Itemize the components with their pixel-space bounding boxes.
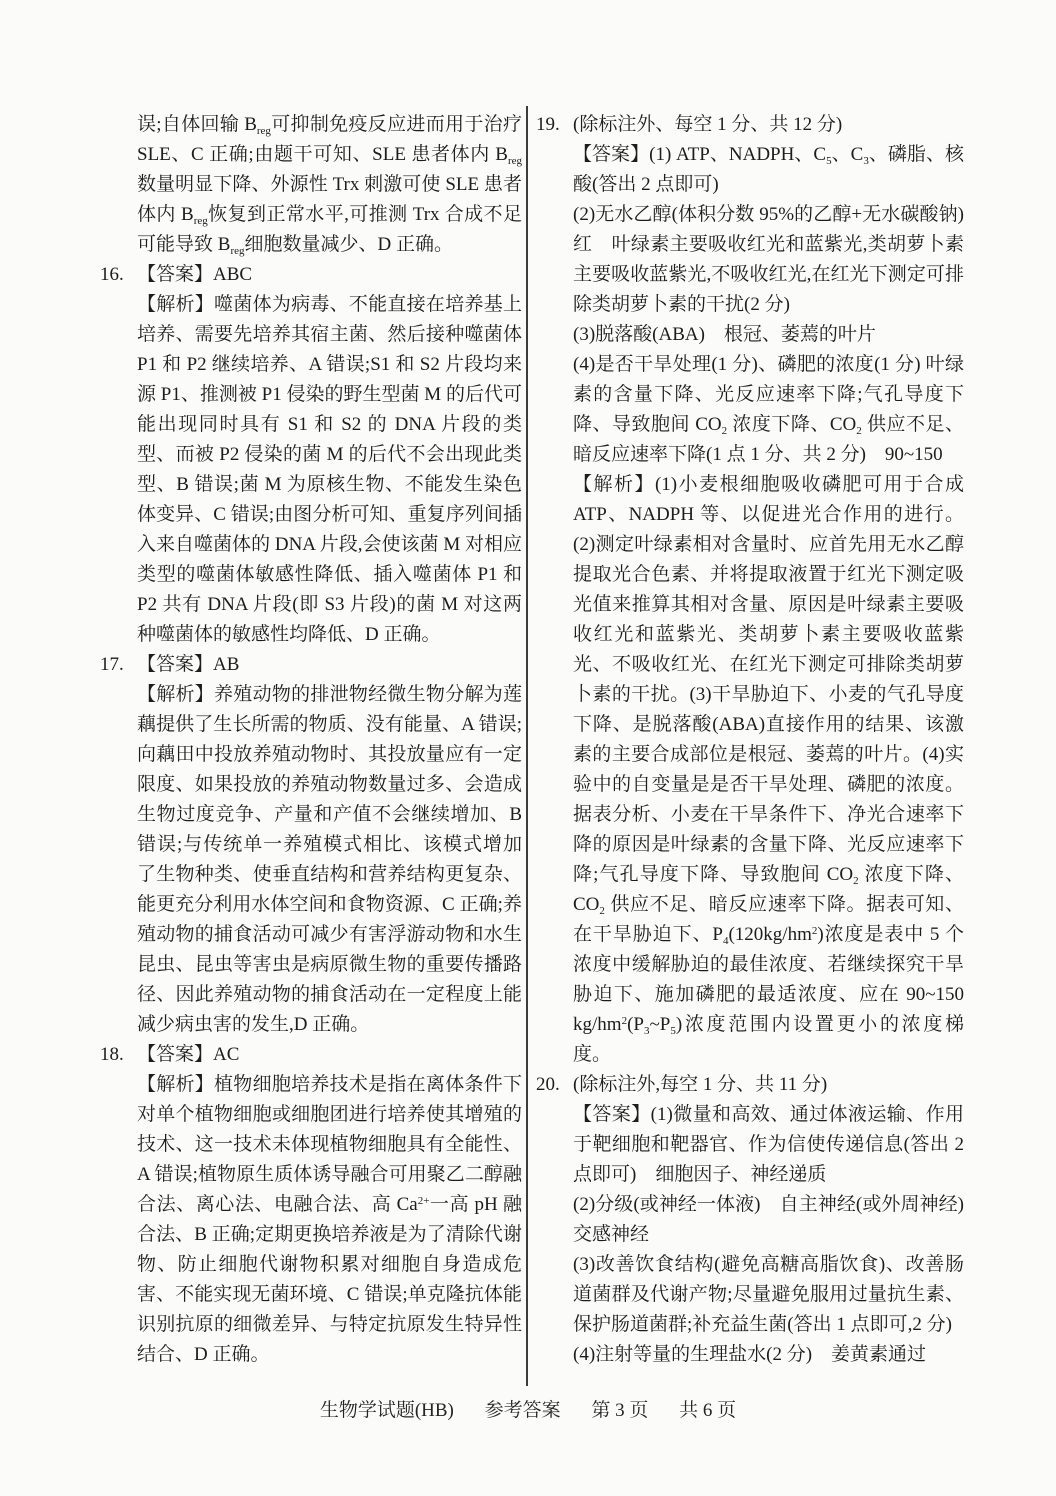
- subscript-text: 2: [599, 905, 605, 917]
- footer-section: 参考答案: [485, 1400, 561, 1421]
- paragraph-text: 【解析】噬菌体为病毒、不能直接在培养基上培养、需要先培养其宿主菌、然后接种噬菌体…: [137, 290, 522, 650]
- paragraph-text: (除标注外,每空 1 分、共 11 分): [573, 1070, 964, 1100]
- subscript-text: reg: [508, 155, 522, 167]
- paragraph-text: 【答案】ABC: [137, 260, 522, 290]
- item-number: 19.: [536, 110, 573, 140]
- paragraph: 【解析】植物细胞培养技术是指在离体条件下对单个植物细胞或细胞团进行培养使其增殖的…: [100, 1070, 522, 1370]
- page-footer: 生物学试题(HB) 参考答案 第 3 页 共 6 页: [0, 1395, 1056, 1422]
- superscript-text: 2: [622, 1015, 628, 1027]
- item-number: 20.: [536, 1070, 573, 1100]
- superscript-text: 2: [812, 925, 818, 937]
- subscript-text: 5: [670, 1025, 676, 1037]
- paragraph: (2)分级(或神经一体液) 自主神经(或外周神经) 交感神经: [536, 1190, 964, 1250]
- item-number: 17.: [100, 650, 137, 680]
- numbered-item: 16.【答案】ABC: [100, 260, 522, 290]
- paragraph: (3)脱落酸(ABA) 根冠、萎蔫的叶片: [536, 320, 964, 350]
- paragraph-text: 【解析】植物细胞培养技术是指在离体条件下对单个植物细胞或细胞团进行培养使其增殖的…: [137, 1070, 522, 1370]
- paragraph: (4)是否干旱处理(1 分)、磷肥的浓度(1 分) 叶绿素的含量下降、光反应速率…: [536, 350, 964, 470]
- paragraph: 【答案】(1) ATP、NADPH、C5、C3、磷脂、核酸(答出 2 点即可): [536, 140, 964, 200]
- footer-page-number: 第 3 页: [591, 1400, 648, 1421]
- paragraph-text: (4)是否干旱处理(1 分)、磷肥的浓度(1 分) 叶绿素的含量下降、光反应速率…: [573, 350, 964, 470]
- paragraph-text: (3)改善饮食结构(避免高糖高脂饮食)、改善肠道菌群及代谢产物;尽量避免服用过量…: [573, 1250, 964, 1340]
- subscript-text: 3: [863, 155, 869, 167]
- paragraph: 【答案】(1)微量和高效、通过体液运输、作用于靶细胞和靶器官、作为信使传递信息(…: [536, 1100, 964, 1190]
- numbered-item: 19.(除标注外、每空 1 分、共 12 分): [536, 110, 964, 140]
- subscript-text: 3: [644, 1025, 650, 1037]
- subscript-text: 2: [853, 875, 859, 887]
- paragraph-text: 【解析】养殖动物的排泄物经微生物分解为莲藕提供了生长所需的物质、没有能量、A 错…: [137, 680, 522, 1040]
- paragraph-text: (除标注外、每空 1 分、共 12 分): [573, 110, 964, 140]
- paragraph: 误;自体回输 Breg可抑制免疫反应进而用于治疗 SLE、C 正确;由题干可知、…: [100, 110, 522, 260]
- subscript-text: 2: [722, 425, 728, 437]
- paragraph-text: 【答案】AC: [137, 1040, 522, 1070]
- subscript-text: 2: [856, 425, 862, 437]
- numbered-item: 20.(除标注外,每空 1 分、共 11 分): [536, 1070, 964, 1100]
- left-column: 误;自体回输 Breg可抑制免疫反应进而用于治疗 SLE、C 正确;由题干可知、…: [100, 110, 522, 1370]
- paragraph-text: (4)注射等量的生理盐水(2 分) 姜黄素通过: [573, 1340, 964, 1370]
- paragraph-text: 【答案】(1) ATP、NADPH、C5、C3、磷脂、核酸(答出 2 点即可): [573, 140, 964, 200]
- subscript-text: reg: [257, 125, 271, 137]
- paragraph-text: 【答案】AB: [137, 650, 522, 680]
- right-column: 19.(除标注外、每空 1 分、共 12 分)【答案】(1) ATP、NADPH…: [536, 110, 964, 1370]
- paragraph: 【解析】(1)小麦根细胞吸收磷肥可用于合成 ATP、NADPH 等、以促进光合作…: [536, 470, 964, 1070]
- paragraph: 【解析】养殖动物的排泄物经微生物分解为莲藕提供了生长所需的物质、没有能量、A 错…: [100, 680, 522, 1040]
- paragraph: 【解析】噬菌体为病毒、不能直接在培养基上培养、需要先培养其宿主菌、然后接种噬菌体…: [100, 290, 522, 650]
- subscript-text: 5: [826, 155, 832, 167]
- paragraph-text: 误;自体回输 Breg可抑制免疫反应进而用于治疗 SLE、C 正确;由题干可知、…: [137, 110, 522, 260]
- item-number: 16.: [100, 260, 137, 290]
- paragraph-text: 【解析】(1)小麦根细胞吸收磷肥可用于合成 ATP、NADPH 等、以促进光合作…: [573, 470, 964, 1070]
- paragraph: (2)无水乙醇(体积分数 95%的乙醇+无水碳酸钠) 红 叶绿素主要吸收红光和蓝…: [536, 200, 964, 320]
- paragraph-text: (2)无水乙醇(体积分数 95%的乙醇+无水碳酸钠) 红 叶绿素主要吸收红光和蓝…: [573, 200, 964, 320]
- paragraph-text: (2)分级(或神经一体液) 自主神经(或外周神经) 交感神经: [573, 1190, 964, 1250]
- exam-answer-page: 误;自体回输 Breg可抑制免疫反应进而用于治疗 SLE、C 正确;由题干可知、…: [0, 0, 1056, 1496]
- paragraph-text: (3)脱落酸(ABA) 根冠、萎蔫的叶片: [573, 320, 964, 350]
- column-divider: [526, 106, 528, 1386]
- subscript-text: reg: [194, 215, 208, 227]
- paragraph: (3)改善饮食结构(避免高糖高脂饮食)、改善肠道菌群及代谢产物;尽量避免服用过量…: [536, 1250, 964, 1340]
- item-number: 18.: [100, 1040, 137, 1070]
- paragraph: (4)注射等量的生理盐水(2 分) 姜黄素通过: [536, 1340, 964, 1370]
- paragraph-text: 【答案】(1)微量和高效、通过体液运输、作用于靶细胞和靶器官、作为信使传递信息(…: [573, 1100, 964, 1190]
- subscript-text: reg: [230, 245, 244, 257]
- subscript-text: 4: [723, 935, 729, 947]
- numbered-item: 17.【答案】AB: [100, 650, 522, 680]
- superscript-text: 2+: [418, 1195, 430, 1207]
- footer-doc-title: 生物学试题(HB): [320, 1400, 454, 1421]
- numbered-item: 18.【答案】AC: [100, 1040, 522, 1070]
- footer-page-total: 共 6 页: [679, 1400, 736, 1421]
